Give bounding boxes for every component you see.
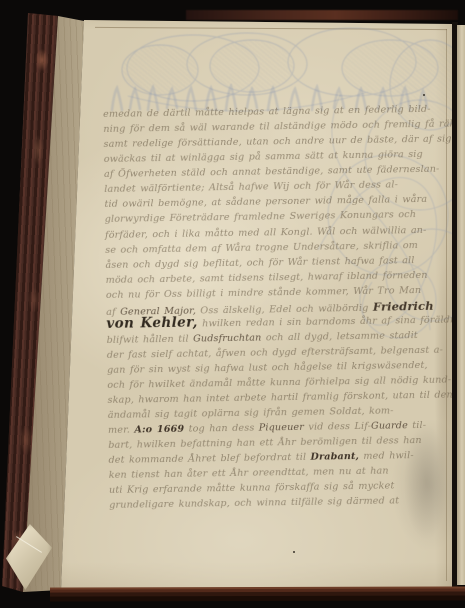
text-run: uti Krig erfarande måtte kunna förskaffa… xyxy=(109,480,395,495)
text-run: tid owäril bemögne, at sådane personer w… xyxy=(104,194,427,210)
text-run: grundeligare kundskap, och winna tilfäll… xyxy=(109,495,399,511)
manuscript-line: möda och arbete, samt tidsens tilsegt, h… xyxy=(106,271,428,286)
name-von-kehler: von Kehler, xyxy=(106,314,198,331)
word-gudsfruchtan: Gudsfruchtan xyxy=(193,332,262,344)
text-run: samt redelige försättiande, utan och and… xyxy=(103,133,451,149)
text-run: bart, hwilken befattning han ett Åhr ber… xyxy=(108,435,422,451)
book-bottom-edge xyxy=(50,586,465,601)
text-run: och för hwilket ändamål måtte kunna förh… xyxy=(107,374,451,390)
manuscript-line: förfäder, och i lika måtto med all Kongl… xyxy=(105,226,427,241)
text-run: owäckas til at winlägga sig på samma sät… xyxy=(104,149,423,165)
manuscript-line: owäckas til at winlägga sig på samma sät… xyxy=(104,150,423,165)
text-run: gan för sin wyst sig hafwa lust och håge… xyxy=(107,360,428,376)
name-friedrich: Friedrich xyxy=(373,299,434,314)
manuscript-line: bart, hwilken befattning han ett Åhr ber… xyxy=(108,436,422,451)
word-drabant: Drabant, xyxy=(310,451,359,463)
manuscript-line: skap, hwarom han intet arbete hartil fra… xyxy=(108,390,453,405)
manuscript-line: grundeligare kundskap, och winna tilfäll… xyxy=(109,496,399,510)
text-run: der fast sielf achtat, åfwen och dygd ef… xyxy=(107,345,443,361)
manuscript-line: gan för sin wyst sig hafwa lust och håge… xyxy=(107,361,428,376)
text-run: hwilken redan i sin barndoms åhr af sina… xyxy=(198,314,465,329)
ink-speck xyxy=(423,94,425,96)
manuscript-line: och för hwilket ändamål måtte kunna förh… xyxy=(107,375,451,390)
manuscript-line: ändamål sig tagit oplärna sig ifrån geme… xyxy=(108,406,394,420)
manuscript-line: emedan de därtil måtte hielpas at lägna … xyxy=(103,105,431,120)
text-run: åsen och dygd sig beflitat, och för Wår … xyxy=(105,255,414,271)
text-run: ändamål sig tagit oplärna sig ifrån geme… xyxy=(108,405,394,420)
text-run: emedan de därtil måtte hielpas at lägna … xyxy=(103,104,431,120)
manuscript-line: blifwit hållen til Gudsfruchtan och all … xyxy=(107,331,418,345)
manuscript-photo: emedan de därtil måtte hielpas at lägna … xyxy=(0,0,465,608)
text-run: blifwit hållen til xyxy=(107,334,194,346)
year-1669: A:o 1669 xyxy=(134,424,184,436)
text-run: förfäder, och i lika måtto med all Kongl… xyxy=(105,225,427,241)
book-top-edge xyxy=(186,10,458,20)
text-run: det kommande Åhret blef befordrat til xyxy=(108,452,310,466)
manuscript-line: och nu för Oss billigt i mindre stånde k… xyxy=(106,286,421,301)
text-run: vid dess Lif- xyxy=(304,421,371,433)
manuscript-line: glorwyrdige Företrädare framledne Swerig… xyxy=(105,210,417,224)
manuscript-line: det kommande Åhret blef befordrat til Dr… xyxy=(108,451,413,465)
manuscript-line: von Kehler, hwilken redan i sin barndoms… xyxy=(106,312,465,331)
text-run: af Öfwerheten stäld och annat beständige… xyxy=(104,164,440,180)
word-piqueuer: Piqueuer xyxy=(259,422,304,434)
manuscript-line: se och omfatta dem af Wåra trogne Unders… xyxy=(105,241,418,256)
text-run: möda och arbete, samt tidsens tilsegt, h… xyxy=(106,270,428,286)
adjacent-page-edge xyxy=(457,25,465,585)
text-run: tog han dess xyxy=(184,423,259,435)
manuscript-line: af Öfwerheten stäld och annat beständige… xyxy=(104,165,440,180)
manuscript-line: tid owäril bemögne, at sådane personer w… xyxy=(104,195,427,210)
text-run: mer. xyxy=(108,424,135,435)
manuscript-line: uti Krig erfarande måtte kunna förskaffa… xyxy=(109,481,395,495)
text-run: se och omfatta dem af Wåra trogne Unders… xyxy=(105,240,418,256)
text-run: ning för dem så wäl warande til alständi… xyxy=(103,118,459,135)
manuscript-line: åsen och dygd sig beflitat, och för Wår … xyxy=(105,256,414,270)
text-run: glorwyrdige Företrädare framledne Swerig… xyxy=(105,209,417,225)
manuscript-line: landet wälförtiente; Altså hafwe Wij och… xyxy=(104,180,398,194)
word-lif-guarde: Guarde xyxy=(371,420,408,432)
manuscript-line: der fast sielf achtat, åfwen och dygd ef… xyxy=(107,346,443,361)
manuscript-line: mer. A:o 1669 tog han dess Piqueuer vid … xyxy=(108,421,426,436)
text-run: skap, hwarom han intet arbete hartil fra… xyxy=(107,389,452,405)
manuscript-line: samt redelige försättiande, utan och and… xyxy=(103,134,451,149)
text-run: ken tienst han åter ett Åhr oreendttat, … xyxy=(109,465,389,480)
text-run: och nu för Oss billigt i mindre stånde k… xyxy=(106,285,421,301)
ink-speck xyxy=(293,551,295,553)
manuscript-line: ken tienst han åter ett Åhr oreendttat, … xyxy=(109,466,389,480)
manuscript-line: ning för dem så wäl warande til alständi… xyxy=(103,119,459,134)
text-run: och all dygd, letsamme stadit xyxy=(261,330,418,343)
text-run: landet wälförtiente; Altså hafwe Wij och… xyxy=(104,179,398,195)
